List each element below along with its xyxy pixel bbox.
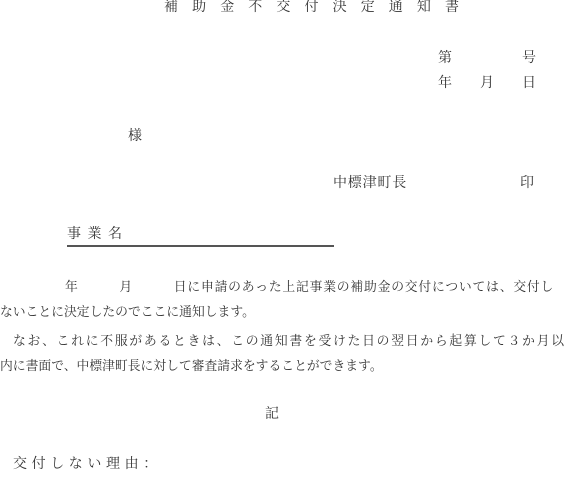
record-section-marker: 記 xyxy=(265,407,279,423)
document-title: 補 助 金 不 交 付 決 定 通 知 書 xyxy=(164,0,464,16)
body-paragraph2-line1: なお、これに不服があるときは、この通知書を受けた日の翌日から起算して３か月以 xyxy=(13,334,566,349)
body-paragraph2-line2: 内に書面で、中標津町長に対して審査請求をすることができます。 xyxy=(0,359,383,374)
non-grant-reason-label: 交付しない理由： xyxy=(13,457,162,473)
body-paragraph1-line1: 年 月 日に申請のあった上記事業の補助金の交付については、交付し xyxy=(65,280,554,295)
document-date-line: 年 月 日 xyxy=(438,76,536,92)
project-name-label: 事業名 xyxy=(67,227,129,243)
project-name-underline xyxy=(67,245,334,247)
sender-title: 中標津町長 xyxy=(333,176,407,192)
document-number-line: 第 号 xyxy=(438,51,536,67)
seal-placeholder: 印 xyxy=(520,176,534,192)
notification-document-page: 補 助 金 不 交 付 決 定 通 知 書 第 号 年 月 日 様 中標津町長 … xyxy=(0,0,566,479)
body-paragraph1-line2: ないことに決定したのでここに通知します。 xyxy=(0,305,255,320)
addressee-honorific: 様 xyxy=(128,129,142,145)
